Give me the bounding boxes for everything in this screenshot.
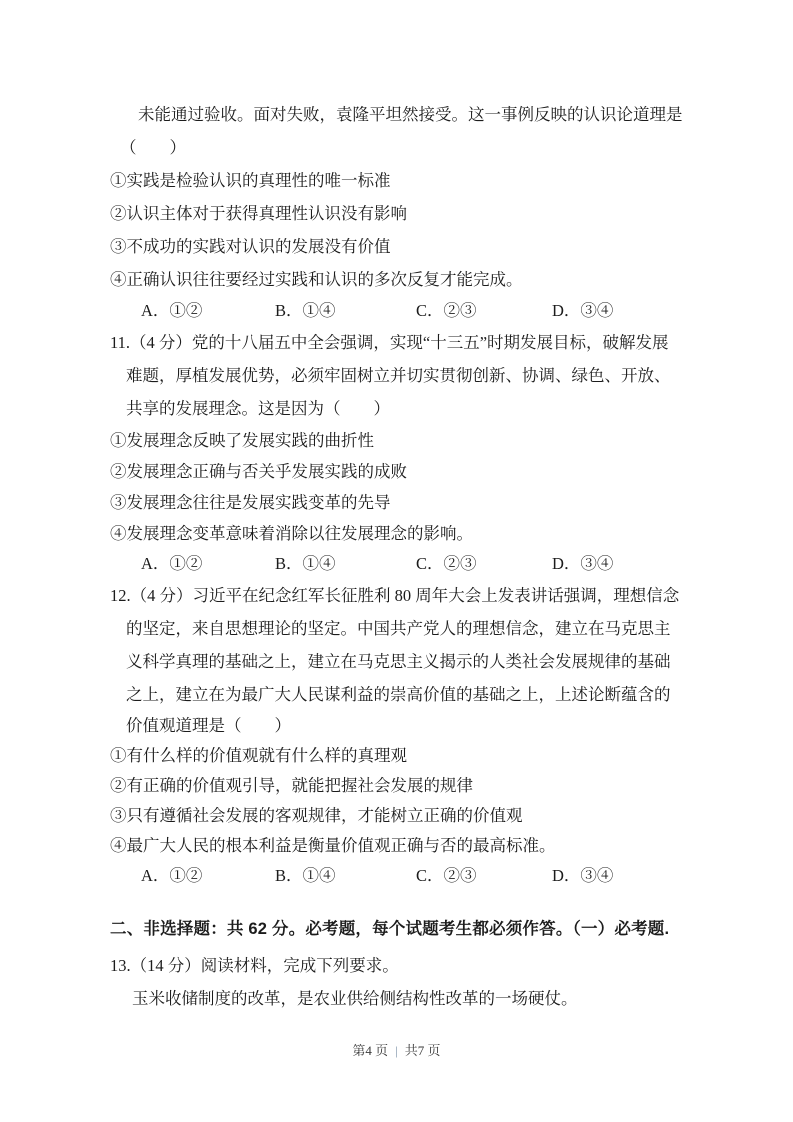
option-a: A．①② bbox=[141, 861, 202, 891]
choice-2: ②认识主体对于获得真理性认识没有影响 bbox=[110, 197, 750, 230]
question-number-stem-line: 13.（14 分）阅读材料，完成下列要求。 bbox=[110, 949, 750, 982]
page-content: 未能通过验收。面对失败，袁隆平坦然接受。这一事例反映的认识论道理是 （ ） ①实… bbox=[110, 98, 750, 1015]
question-stem-line: 共享的发展理念。这是因为（ ） bbox=[110, 392, 750, 425]
option-a: A．①② bbox=[141, 296, 202, 326]
choice-3: ③发展理念往往是发展实践变革的先导 bbox=[110, 487, 750, 518]
question-number-stem-line: 12.（4 分）习近平在纪念红军长征胜利 80 周年大会上发表讲话强调，理想信念 bbox=[110, 579, 750, 612]
choice-2: ②发展理念正确与否关乎发展实践的成败 bbox=[110, 456, 750, 487]
answer-blank-parens: （ ） bbox=[110, 131, 750, 164]
question-stem-line: 义科学真理的基础之上，建立在马克思主义揭示的人类社会发展规律的基础 bbox=[110, 645, 750, 678]
choice-3: ③只有遵循社会发展的客观规律，才能树立正确的价值观 bbox=[110, 801, 750, 831]
option-d: D．③④ bbox=[552, 861, 613, 891]
page-number: 第4 页 bbox=[352, 1043, 388, 1058]
choice-4: ④发展理念变革意味着消除以往发展理念的影响。 bbox=[110, 518, 750, 549]
option-d: D．③④ bbox=[552, 549, 613, 579]
option-b: B．①④ bbox=[275, 549, 336, 579]
page-separator: | bbox=[388, 1043, 405, 1058]
question-stem-line: 未能通过验收。面对失败，袁隆平坦然接受。这一事例反映的认识论道理是 bbox=[110, 98, 750, 131]
choice-1: ①发展理念反映了发展实践的曲折性 bbox=[110, 425, 750, 456]
choice-1: ①有什么样的价值观就有什么样的真理观 bbox=[110, 741, 750, 771]
option-c: C．②③ bbox=[416, 296, 477, 326]
choice-1: ①实践是检验认识的真理性的唯一标准 bbox=[110, 164, 750, 197]
question-stem-line: 难题，厚植发展优势，必须牢固树立并切实贯彻创新、协调、绿色、开放、 bbox=[110, 359, 750, 392]
question-11: 11.（4 分）党的十八届五中全会强调，实现“十三五”时期发展目标，破解发展 难… bbox=[110, 326, 750, 579]
choice-3: ③不成功的实践对认识的发展没有价值 bbox=[110, 230, 750, 263]
answer-options-row: A．①② B．①④ C．②③ D．③④ bbox=[110, 549, 750, 579]
page-total: 共7 页 bbox=[405, 1043, 441, 1058]
question-stem-line: 价值观道理是（ ） bbox=[110, 711, 750, 741]
option-c: C．②③ bbox=[416, 861, 477, 891]
page-footer: 第4 页|共7 页 bbox=[0, 1040, 793, 1059]
question-13: 13.（14 分）阅读材料，完成下列要求。 玉米收储制度的改革，是农业供给侧结构… bbox=[110, 949, 750, 1015]
choice-2: ②有正确的价值观引导，就能把握社会发展的规律 bbox=[110, 771, 750, 801]
question-stem-line: 之上，建立在为最广大人民谋利益的崇高价值的基础之上，上述论断蕴含的 bbox=[110, 678, 750, 711]
option-a: A．①② bbox=[141, 549, 202, 579]
question-number-stem-line: 11.（4 分）党的十八届五中全会强调，实现“十三五”时期发展目标，破解发展 bbox=[110, 326, 750, 359]
answer-options-row: A．①② B．①④ C．②③ D．③④ bbox=[110, 861, 750, 891]
section-2-heading: 二、非选择题：共 62 分。必考题，每个试题考生都必须作答。（一）必考题. bbox=[110, 913, 750, 946]
option-b: B．①④ bbox=[275, 296, 336, 326]
question-12: 12.（4 分）习近平在纪念红军长征胜利 80 周年大会上发表讲话强调，理想信念… bbox=[110, 579, 750, 891]
option-b: B．①④ bbox=[275, 861, 336, 891]
material-paragraph: 玉米收储制度的改革，是农业供给侧结构性改革的一场硬仗。 bbox=[110, 982, 750, 1015]
question-stem-line: 的坚定，来自思想理论的坚定。中国共产党人的理想信念，建立在马克思主 bbox=[110, 612, 750, 645]
answer-options-row: A．①② B．①④ C．②③ D．③④ bbox=[110, 296, 750, 326]
question-10-continuation: 未能通过验收。面对失败，袁隆平坦然接受。这一事例反映的认识论道理是 （ ） ①实… bbox=[110, 98, 750, 326]
option-d: D．③④ bbox=[552, 296, 613, 326]
choice-4: ④最广大人民的根本利益是衡量价值观正确与否的最高标准。 bbox=[110, 831, 750, 861]
choice-4: ④正确认识往往要经过实践和认识的多次反复才能完成。 bbox=[110, 263, 750, 296]
option-c: C．②③ bbox=[416, 549, 477, 579]
